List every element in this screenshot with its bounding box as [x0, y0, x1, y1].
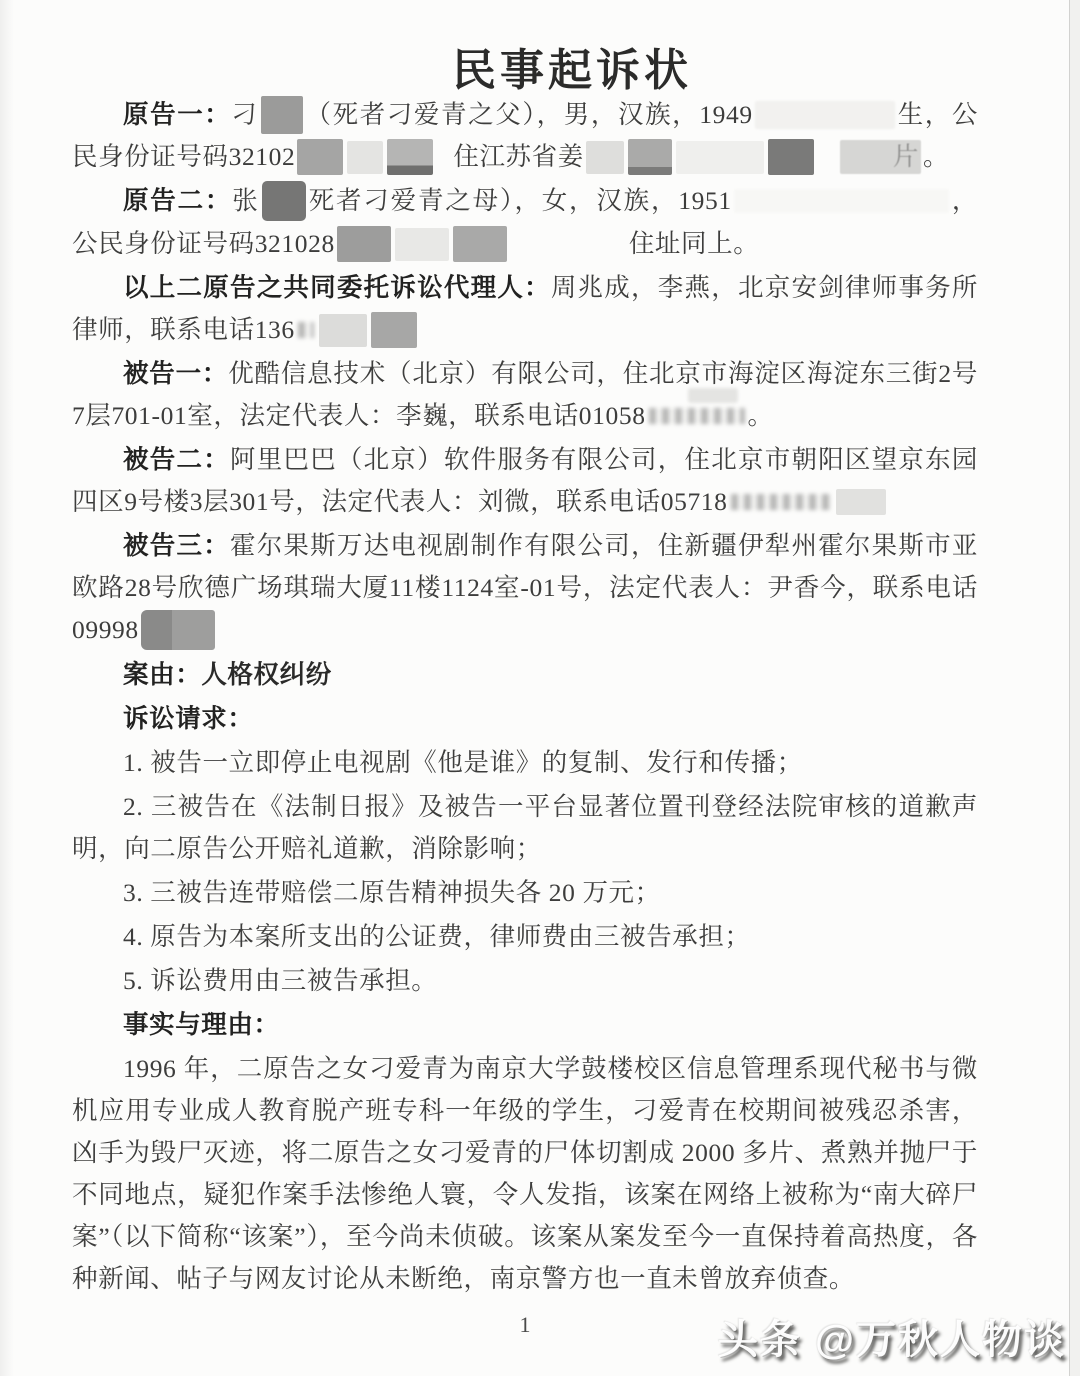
- redaction-plaintiff2-id-1: [337, 226, 391, 262]
- defendant3-label: 被告三：: [123, 531, 230, 560]
- plaintiff2-desc: 死者刁爱青之母），女，汉族，1951: [308, 186, 732, 215]
- redaction-defendant3-phone: [141, 610, 215, 650]
- agent-paragraph: 以上二原告之共同委托诉讼代理人：周兆成，李燕，北京安剑律师事务所律师，联系电话1…: [72, 267, 978, 351]
- defendant1-paragraph: 被告一：优酷信息技术（北京）有限公司，住北京市海淀区海淀东三街2号7层701-0…: [72, 353, 978, 437]
- cause-paragraph: 案由：人格权纠纷: [72, 654, 978, 696]
- scanned-complaint-page: 民事起诉状 原告一：刁（死者刁爱青之父），男，汉族，1949生，公民身份证号码3…: [0, 0, 1080, 1376]
- redaction-plaintiff1-addr-4: [768, 139, 814, 175]
- claim-item-1: 1. 被告一立即停止电视剧《他是谁》的复制、发行和传播；: [72, 742, 978, 784]
- redaction-defendant2-phone-end: [836, 489, 886, 515]
- defendant2-label: 被告二：: [123, 445, 230, 474]
- plaintiff2-comma: ，: [951, 186, 978, 215]
- scan-left-edge-shading: [0, 0, 14, 1376]
- defendant3-paragraph: 被告三：霍尔果斯万达电视剧制作有限公司，住新疆伊犁州霍尔果斯市亚欧路28号欣德广…: [72, 525, 978, 652]
- defendant2-paragraph: 被告二：阿里巴巴（北京）软件服务有限公司，住北京市朝阳区望京东园四区9号楼3层3…: [72, 439, 978, 523]
- partially-visible-char: 片: [893, 142, 919, 171]
- plaintiff1-surname: 刁: [231, 100, 258, 129]
- redaction-plaintiff1-addr-partial: 片: [840, 140, 921, 174]
- document-title: 民事起诉状: [32, 0, 1080, 98]
- gap: [816, 161, 838, 165]
- claim-item-2: 2. 三被告在《法制日报》及被告一平台显著位置刊登经法院审核的道歉声明，向二原告…: [72, 786, 978, 870]
- plaintiff1-desc: （死者刁爱青之父），男，汉族，1949: [305, 100, 753, 129]
- facts-heading: 事实与理由：: [72, 1004, 978, 1046]
- plaintiff1-birth-suffix: 生，: [897, 100, 952, 129]
- redaction-plaintiff1-addr-3: [676, 141, 764, 174]
- plaintiff1-paragraph: 原告一：刁（死者刁爱青之父），男，汉族，1949生，公民身份证号码32102住江…: [72, 94, 978, 178]
- redaction-agent-phone-ghost: [298, 322, 314, 338]
- redaction-plaintiff2-id-2: [395, 228, 449, 261]
- claim-item-3: 3. 三被告连带赔偿二原告精神损失各 20 万元；: [72, 872, 978, 914]
- defendant1-label: 被告一：: [123, 359, 228, 388]
- gap: [435, 161, 453, 165]
- scan-smudge: [688, 388, 738, 403]
- redaction-plaintiff1-birthdate: [755, 101, 895, 129]
- scan-right-page-edge: [1069, 0, 1080, 1376]
- claims-heading: 诉讼请求：: [72, 698, 978, 740]
- plaintiff2-paragraph: 原告二：张死者刁爱青之母），女，汉族，1951，公民身份证号码321028住址同…: [72, 180, 978, 265]
- document-body: 原告一：刁（死者刁爱青之父），男，汉族，1949生，公民身份证号码32102住江…: [72, 94, 978, 1302]
- redaction-plaintiff1-addr-2: [628, 139, 672, 175]
- facts-paragraph: 1996 年，二原告之女刁爱青为南京大学鼓楼校区信息管理系现代秘书与微机应用专业…: [72, 1048, 978, 1300]
- claim-item-4: 4. 原告为本案所支出的公证费，律师费由三被告承担；: [72, 916, 978, 958]
- redaction-plaintiff1-name: [261, 96, 303, 134]
- redaction-agent-phone-2: [371, 312, 417, 348]
- gap: [509, 248, 629, 252]
- plaintiff2-id-prefix: 公民身份证号码321028: [72, 229, 335, 258]
- plaintiff1-address-prefix: 住江苏省姜: [453, 142, 584, 171]
- redaction-defendant2-phone-ghost: [731, 494, 831, 510]
- redaction-plaintiff1-id-3: [387, 139, 433, 175]
- plaintiff2-address: 住址同上。: [629, 229, 760, 258]
- redaction-plaintiff1-addr-1: [586, 141, 624, 174]
- cause-value: 人格权纠纷: [201, 660, 332, 689]
- redaction-plaintiff2-birthdate: [734, 189, 949, 213]
- toutiao-watermark: 头条 @万秋人物谈: [718, 1308, 1066, 1365]
- agent-label: 以上二原告之共同委托诉讼代理人：: [123, 273, 551, 302]
- redaction-plaintiff1-id-1: [297, 139, 343, 175]
- redaction-defendant1-phone-ghost: [649, 408, 745, 424]
- redaction-plaintiff1-id-2: [347, 141, 383, 174]
- plaintiff2-surname: 张: [232, 186, 259, 215]
- plaintiff2-label: 原告二：: [123, 186, 232, 215]
- redaction-plaintiff2-id-3: [453, 226, 507, 262]
- claims-heading-text: 诉讼请求：: [123, 704, 254, 733]
- redaction-plaintiff2-name: [262, 181, 306, 221]
- redaction-agent-phone-1: [319, 314, 367, 347]
- plaintiff1-period: 。: [923, 142, 949, 171]
- plaintiff1-label: 原告一：: [123, 100, 231, 129]
- defendant1-period: 。: [748, 401, 774, 430]
- cause-label: 案由：: [123, 660, 201, 689]
- claim-item-5: 5. 诉讼费用由三被告承担。: [72, 960, 978, 1002]
- facts-heading-text: 事实与理由：: [123, 1010, 280, 1039]
